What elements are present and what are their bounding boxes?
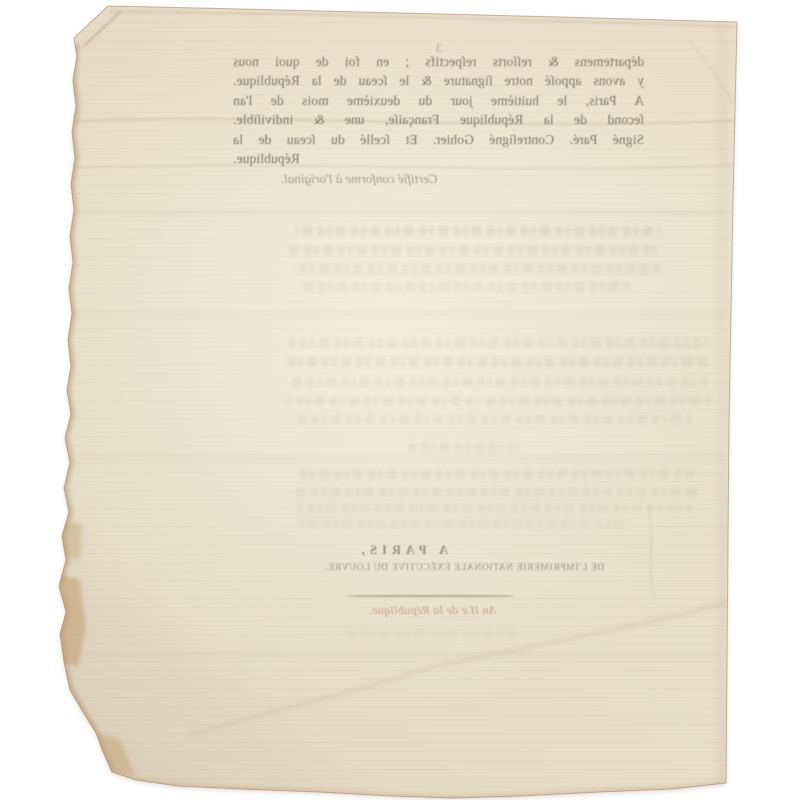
ghost-text-line <box>297 503 692 513</box>
ghost-text-line <box>293 264 661 274</box>
ghost-text-line <box>408 442 520 452</box>
ghost-text-line <box>295 469 695 479</box>
closing-paragraph-bleed: départemens & reſſorts reſpectifs ; en f… <box>233 52 644 168</box>
imprint-year-bleed: An II.e de la République. <box>330 603 535 618</box>
ghost-text-line <box>291 414 691 424</box>
imprint-printer-bleed: DE L'IMPRIMERIE NATIONALE EXÉCUTIVE DU L… <box>301 562 628 573</box>
ghost-text-line <box>288 338 708 348</box>
ghost-text-line <box>289 245 661 255</box>
ghost-text-line <box>290 377 710 387</box>
paragraph-line: Signé Paré. Contreſigné Gohier. Et ſcell… <box>233 130 644 149</box>
paragraph-line: ſecond de la République Françaiſe, une &… <box>233 110 644 129</box>
paragraph-line: y avons appoſé notre ſignature & le ſcea… <box>233 71 644 90</box>
scanned-document-page: 3 départemens & reſſorts reſpectifs ; en… <box>0 0 800 800</box>
imprint-rule <box>345 595 515 597</box>
ghost-text-line <box>300 519 630 529</box>
ghost-text-line <box>293 487 698 497</box>
ghost-text-line <box>345 628 520 638</box>
ghost-text-line <box>286 357 710 367</box>
ghost-text-line <box>299 282 629 292</box>
paragraph-line: départemens & reſſorts reſpectifs ; en f… <box>233 52 644 71</box>
paragraph-line: République. <box>233 149 644 168</box>
imprint-city-bleed: A PARIS, <box>300 543 505 558</box>
paragraph-line: A Paris, le huitième jour du deuxième mo… <box>233 91 644 110</box>
ghost-text-line <box>287 396 711 406</box>
certification-line-bleed: Certifié conforme à l'original. <box>233 171 644 187</box>
ghost-text-line <box>295 226 660 236</box>
bleedthrough-text-layer: 3 départemens & reſſorts reſpectifs ; en… <box>0 0 800 800</box>
